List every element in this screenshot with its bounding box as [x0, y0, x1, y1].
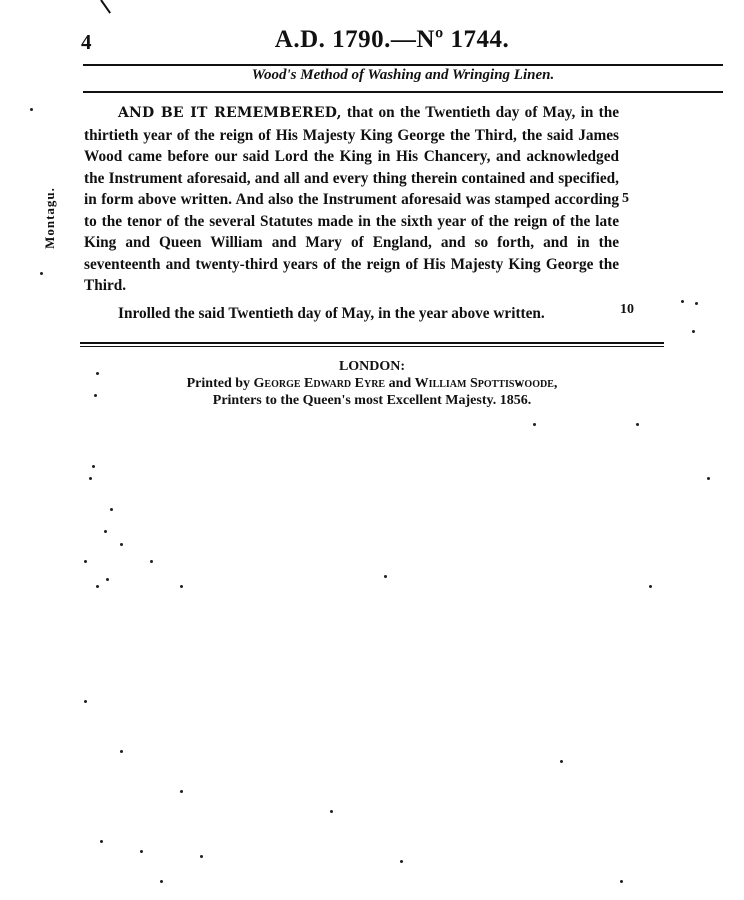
- header-rule-bottom: [83, 91, 723, 93]
- header-rule-top: [83, 64, 723, 66]
- running-subtitle: Wood's Method of Washing and Wringing Li…: [83, 67, 723, 84]
- lead-phrase: AND BE IT REMEMBERED,: [118, 105, 342, 121]
- printer-imprint: LONDON: Printed by George Edward Eyre an…: [80, 358, 664, 409]
- line-number-10: 10: [620, 302, 634, 318]
- margin-note: Montagu.: [42, 158, 58, 278]
- printer-1: George Edward Eyre: [254, 376, 386, 391]
- printer-2: William Spottiswoode: [415, 376, 554, 391]
- closing-rule-thick: [80, 342, 664, 344]
- closing-rule-thin: [80, 346, 664, 347]
- imprint-printers: Printed by George Edward Eyre and Willia…: [80, 375, 664, 392]
- paragraph-text: that on the Twentieth day of May, in the…: [84, 104, 619, 294]
- line-number-5: 5: [622, 191, 629, 207]
- document-body: AND BE IT REMEMBERED, that on the Twenti…: [84, 102, 619, 324]
- page-scratch-mark: [100, 0, 111, 14]
- page-title: A.D. 1790.—Nº 1744.: [0, 26, 744, 54]
- imprint-line-2: Printers to the Queen's most Excellent M…: [80, 392, 664, 409]
- inrolled-paragraph: Inrolled the said Twentieth day of May, …: [84, 303, 619, 325]
- enrolment-paragraph: AND BE IT REMEMBERED, that on the Twenti…: [84, 102, 619, 297]
- imprint-city: LONDON:: [80, 358, 664, 375]
